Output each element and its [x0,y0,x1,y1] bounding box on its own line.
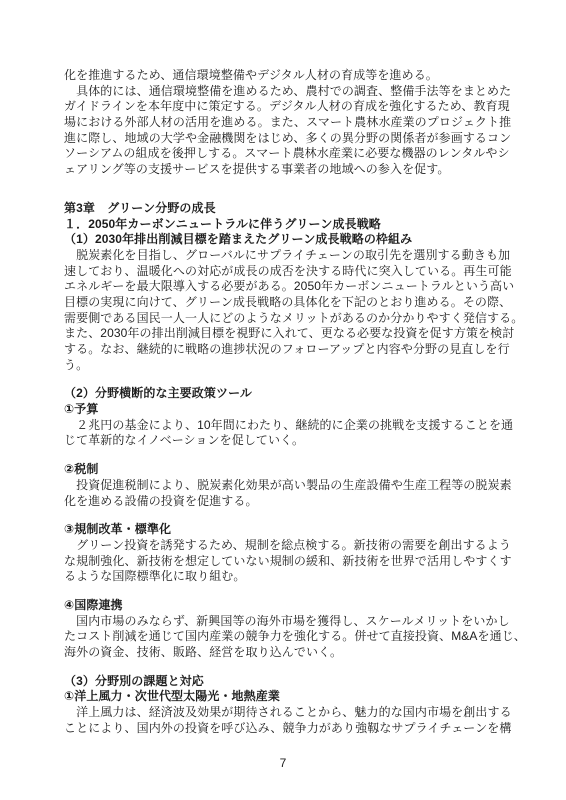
heading-line: （1）2030年排出削減目標を踏まえたグリーン成長戦略の枠組み [64,232,514,248]
paragraph-spacer [64,373,514,386]
text-line: 進に際し、地域の大学や金融機関をはじめ、多くの異分野の関係者が参画するコン [64,131,514,147]
heading-line: （3）分野別の課題と対応 [64,674,514,690]
text-line: 国内市場のみならず、新興国等の海外市場を獲得し、スケールメリットをいかし [64,614,514,630]
text-line: 具体的には、通信環境整備を進めるため、農村での調査、整備手法等をまとめた [64,84,514,100]
text-line: たコスト削減を通じて国内産業の競争力を強化する。併せて直接投資、M&Aを通じ、 [64,629,514,645]
text-line: 需要側である国民一人一人にどのようなメリットがあるのか分かりやすく発信する。 [64,311,514,327]
document-body: 化を推進するため、通信環境整備やデジタル人材の育成等を進める。 具体的には、通信… [64,68,514,736]
text-line: 場における外部人材の活用を進める。また、スマート農林水産業のプロジェクト推 [64,115,514,131]
heading-line: ③規制改革・標準化 [64,522,514,538]
paragraph-spacer [64,509,514,522]
text-line: ソーシアムの組成を後押しする。スマート農林水産業に必要な機器のレンタルやシ [64,146,514,162]
paragraph-spacer [64,661,514,674]
text-line: 脱炭素化を目指し、グローバルにサプライチェーンの取引先を選別する動きも加 [64,248,514,264]
paragraph-spacer [64,449,514,462]
heading-line: １．2050年カーボンニュートラルに伴うグリーン成長戦略 [64,217,514,233]
text-line: るような国際標準化に取り組む。 [64,569,514,585]
text-line: 化を進める設備の投資を促進する。 [64,494,514,510]
text-line: 投資促進税制により、脱炭素化効果が高い製品の生産設備や生産工程等の脱炭素 [64,478,514,494]
text-line: また、2030年の排出削減目標を視野に入れて、更なる必要な投資を促す方策を検討 [64,326,514,342]
heading-line: ①予算 [64,402,514,418]
heading-line: ④国際連携 [64,598,514,614]
section-spacer [64,178,514,201]
paragraph-spacer [64,585,514,598]
heading-line: 第3章 グリーン分野の成長 [64,201,514,217]
text-line: 速しており、温暖化への対応が成長の成否を決する時代に突入している。再生可能 [64,264,514,280]
text-line: ことにより、国内外の投資を呼び込み、競争力があり強靱なサプライチェーンを構 [64,721,514,737]
text-line: する。なお、継続的に戦略の進捗状況のフォローアップと内容や分野の見直しを行 [64,342,514,358]
text-line: じて革新的なイノベーションを促していく。 [64,433,514,449]
text-line: グリーン投資を誘発するため、規制を総点検する。新技術の需要を創出するよう [64,538,514,554]
heading-line: ②税制 [64,462,514,478]
text-line: ガイドラインを本年度中に策定する。デジタル人材の育成を強化するため、教育現 [64,99,514,115]
text-line: な規制強化、新技術を想定していない規制の緩和、新技術を世界で活用しやすくす [64,554,514,570]
text-line: う。 [64,358,514,374]
text-line: ２兆円の基金により、10年間にわたり、継続的に企業の挑戦を支援することを通 [64,418,514,434]
heading-line: （2）分野横断的な主要政策ツール [64,386,514,402]
document-page: 化を推進するため、通信環境整備やデジタル人材の育成等を進める。 具体的には、通信… [0,0,566,800]
text-line: 化を推進するため、通信環境整備やデジタル人材の育成等を進める。 [64,68,514,84]
page-number: 7 [0,756,566,770]
text-line: エネルギーを最大限導入する必要がある。2050年カーボンニュートラルという高い [64,279,514,295]
text-line: ェアリング等の支援サービスを提供する事業者の地域への参入を促す。 [64,162,514,178]
text-line: 海外の資金、技術、販路、経営を取り込んでいく。 [64,645,514,661]
text-line: 洋上風力は、経済波及効果が期待されることから、魅力的な国内市場を創出する [64,705,514,721]
heading-line: ①洋上風力・次世代型太陽光・地熱産業 [64,689,514,705]
text-line: 目標の実現に向けて、グリーン成長戦略の具体化を下記のとおり進める。その際、 [64,295,514,311]
